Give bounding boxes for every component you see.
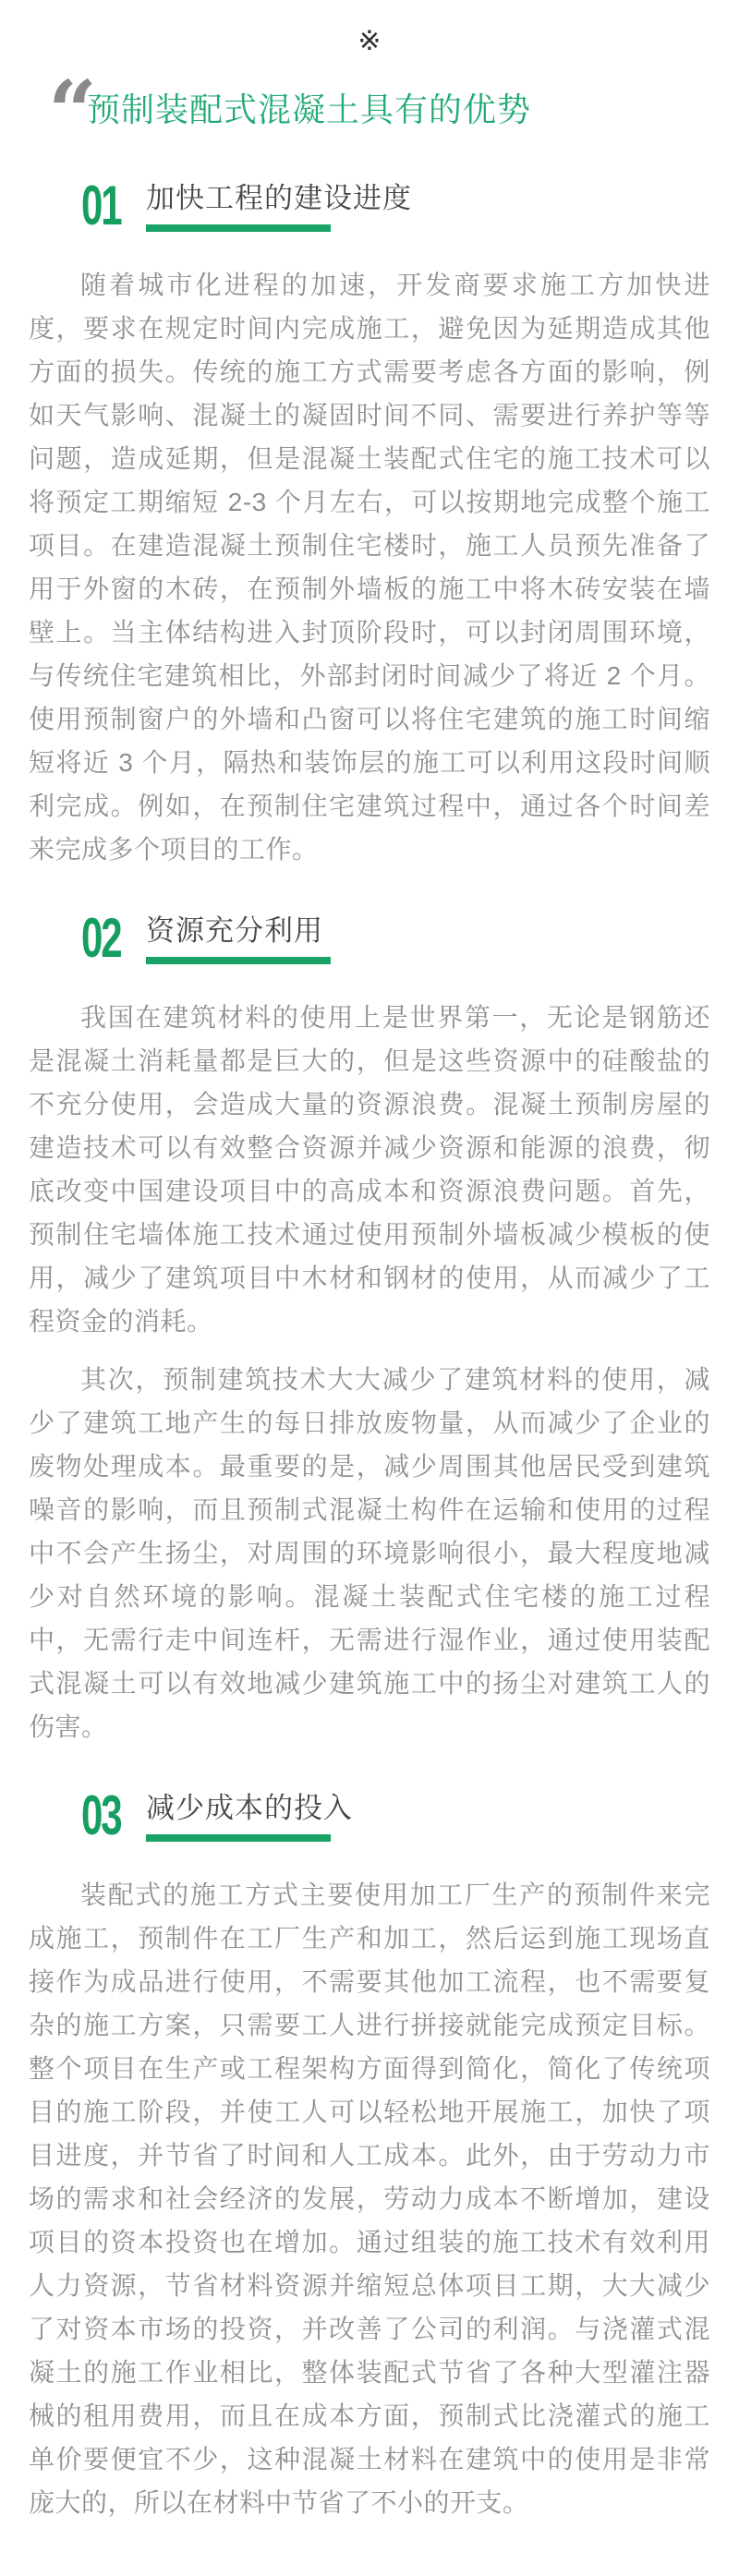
article-title: 预制装配式混凝土具有的优势 xyxy=(87,85,531,135)
section-01: 01 加快工程的建设进度 随着城市化进程的加速，开发商要求施工方加快进度，要求在… xyxy=(0,181,739,871)
section-01-underline xyxy=(146,224,331,232)
article-page: ※ “ 预制装配式混凝土具有的优势 01 加快工程的建设进度 随着城市化进程的加… xyxy=(0,0,739,2576)
section-02-heading: 02 资源充分利用 xyxy=(81,913,739,964)
section-02: 02 资源充分利用 我国在建筑材料的使用上是世界第一，无论是钢筋还是混凝土消耗量… xyxy=(0,913,739,1748)
reference-mark: ※ xyxy=(0,0,739,63)
section-02-paragraph-2: 其次，预制建筑技术大大减少了建筑材料的使用，减少了建筑工地产生的每日排放废物量，… xyxy=(29,1358,710,1748)
section-02-title: 资源充分利用 xyxy=(146,913,331,949)
section-01-paragraph-1: 随着城市化进程的加速，开发商要求施工方加快进度，要求在规定时间内完成施工，避免因… xyxy=(29,263,710,871)
section-03-paragraph-1: 装配式的施工方式主要使用加工厂生产的预制件来完成施工，预制件在工厂生产和加工，然… xyxy=(29,1873,710,2524)
section-02-number: 02 xyxy=(81,913,113,963)
section-02-paragraph-1: 我国在建筑材料的使用上是世界第一，无论是钢筋还是混凝土消耗量都是巨大的，但是这些… xyxy=(29,996,710,1343)
section-03-number: 03 xyxy=(81,1791,113,1841)
section-01-title: 加快工程的建设进度 xyxy=(146,181,412,216)
section-01-heading: 01 加快工程的建设进度 xyxy=(81,181,739,232)
quote-icon: “ xyxy=(48,85,87,139)
section-03-title-wrap: 减少成本的投入 xyxy=(146,1791,353,1842)
section-01-title-wrap: 加快工程的建设进度 xyxy=(146,181,412,232)
article-header: “ 预制装配式混凝土具有的优势 xyxy=(48,85,739,139)
section-03-underline xyxy=(146,1834,331,1842)
section-01-number: 01 xyxy=(81,181,113,231)
section-03: 03 减少成本的投入 装配式的施工方式主要使用加工厂生产的预制件来完成施工，预制… xyxy=(0,1791,739,2524)
section-02-underline xyxy=(146,957,331,964)
section-02-title-wrap: 资源充分利用 xyxy=(146,913,331,964)
section-03-heading: 03 减少成本的投入 xyxy=(81,1791,739,1842)
section-03-title: 减少成本的投入 xyxy=(146,1791,353,1826)
